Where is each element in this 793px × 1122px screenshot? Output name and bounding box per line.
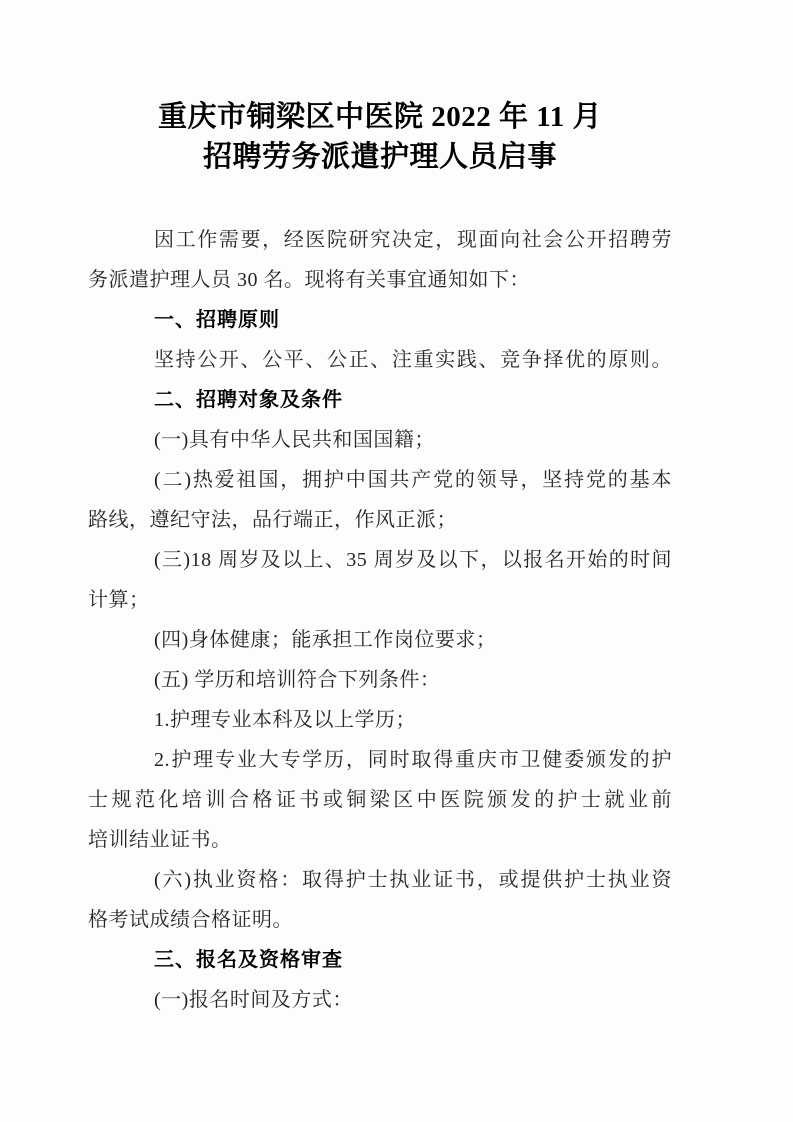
condition-item-3-line-2: 计算； xyxy=(88,580,672,620)
paragraph-intro-line-1: 因工作需要，经医院研究决定，现面向社会公开招聘劳 xyxy=(88,220,672,260)
condition-item-5-sub-1: 1.护理专业本科及以上学历； xyxy=(88,700,672,740)
condition-item-5-sub-2-line-2: 士规范化培训合格证书或铜梁区中医院颁发的护士就业前 xyxy=(88,780,672,820)
doc-body: 因工作需要，经医院研究决定，现面向社会公开招聘劳 务派遣护理人员 30 名。现将… xyxy=(88,220,672,1020)
section-heading-2: 二、招聘对象及条件 xyxy=(88,380,672,420)
section-heading-1: 一、招聘原则 xyxy=(88,300,672,340)
condition-item-5: (五) 学历和培训符合下列条件： xyxy=(88,660,672,700)
doc-title-line-2: 招聘劳务派遣护理人员启事 xyxy=(88,137,672,177)
paragraph-principle: 坚持公开、公平、公正、注重实践、竞争择优的原则。 xyxy=(88,340,672,380)
document-page: 重庆市铜梁区中医院 2022 年 11 月 招聘劳务派遣护理人员启事 因工作需要… xyxy=(0,0,793,1122)
condition-item-3-line-1: (三)18 周岁及以上、35 周岁及以下，以报名开始的时间 xyxy=(88,540,672,580)
registration-item-1: (一)报名时间及方式： xyxy=(88,980,672,1020)
condition-item-5-sub-2-line-3: 培训结业证书。 xyxy=(88,820,672,860)
condition-item-2-line-1: (二)热爱祖国，拥护中国共产党的领导，坚持党的基本 xyxy=(88,460,672,500)
condition-item-1: (一)具有中华人民共和国国籍； xyxy=(88,420,672,460)
condition-item-5-sub-2-line-1: 2.护理专业大专学历，同时取得重庆市卫健委颁发的护 xyxy=(88,740,672,780)
doc-title-line-1: 重庆市铜梁区中医院 2022 年 11 月 xyxy=(88,97,672,137)
condition-item-2-line-2: 路线，遵纪守法，品行端正，作风正派； xyxy=(88,500,672,540)
document-content: 重庆市铜梁区中医院 2022 年 11 月 招聘劳务派遣护理人员启事 因工作需要… xyxy=(88,0,672,1020)
section-heading-3: 三、报名及资格审查 xyxy=(88,940,672,980)
condition-item-6-line-2: 格考试成绩合格证明。 xyxy=(88,900,672,940)
doc-title: 重庆市铜梁区中医院 2022 年 11 月 招聘劳务派遣护理人员启事 xyxy=(88,97,672,177)
condition-item-6-line-1: (六)执业资格：取得护士执业证书，或提供护士执业资 xyxy=(88,860,672,900)
condition-item-4: (四)身体健康；能承担工作岗位要求； xyxy=(88,620,672,660)
paragraph-intro-line-2: 务派遣护理人员 30 名。现将有关事宜通知如下： xyxy=(88,260,672,300)
